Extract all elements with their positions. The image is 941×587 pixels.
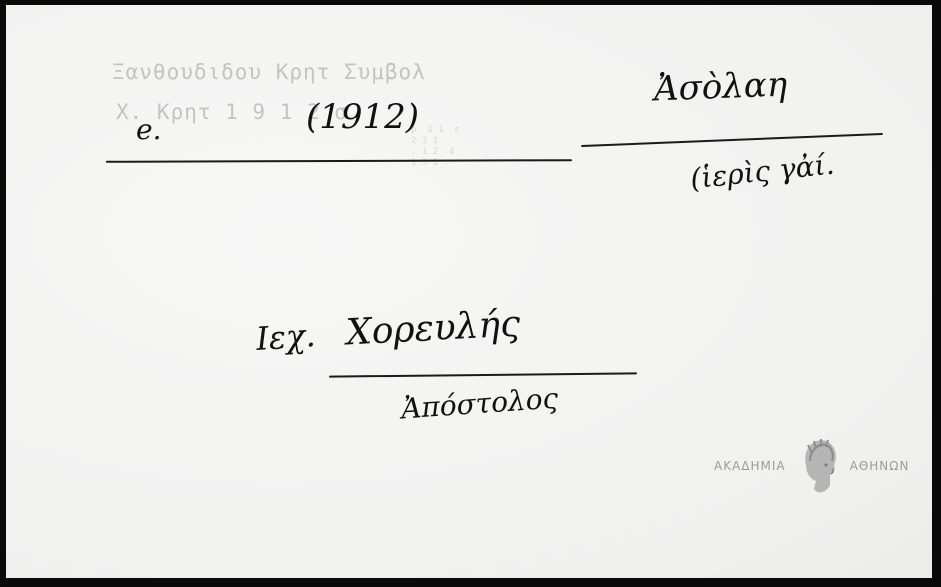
headword-1: Ἀσὸλαη bbox=[653, 65, 787, 110]
handwritten-source-year: (1912) bbox=[306, 97, 419, 137]
headword-2: Χορευλής bbox=[345, 303, 521, 353]
headword-2-gloss: Ἀπόστολος bbox=[400, 382, 559, 426]
watermark-left-text: ΑΚΑΔΗΜΙΑ bbox=[714, 459, 786, 473]
underline-headword-2 bbox=[329, 372, 637, 377]
watermark-right-text: ΑΘΗΝΩΝ bbox=[850, 459, 910, 473]
index-card: Ξανθουδιδου Κρητ Συμβολ Χ. Κρητ 1 9 1 2 … bbox=[6, 5, 932, 578]
faint-background-stamp: ρ 1 1 ε 2 3 1 . 1 2 4 1 5 1 . bbox=[411, 125, 541, 220]
typed-source-line-1: Ξανθουδιδου Κρητ Συμβολ bbox=[112, 60, 426, 84]
headword-2-prefix: Ιεχ. bbox=[255, 316, 317, 358]
academy-of-athens-watermark: ΑΚΑΔΗΜΙΑ ΑΘΗΝΩΝ bbox=[714, 435, 909, 497]
underline-headword-1 bbox=[581, 133, 883, 147]
headword-1-gloss: (ἱερὶς γἀί. bbox=[689, 148, 836, 196]
athena-head-icon bbox=[796, 435, 840, 497]
handwritten-source-prefix: e. bbox=[136, 113, 161, 146]
